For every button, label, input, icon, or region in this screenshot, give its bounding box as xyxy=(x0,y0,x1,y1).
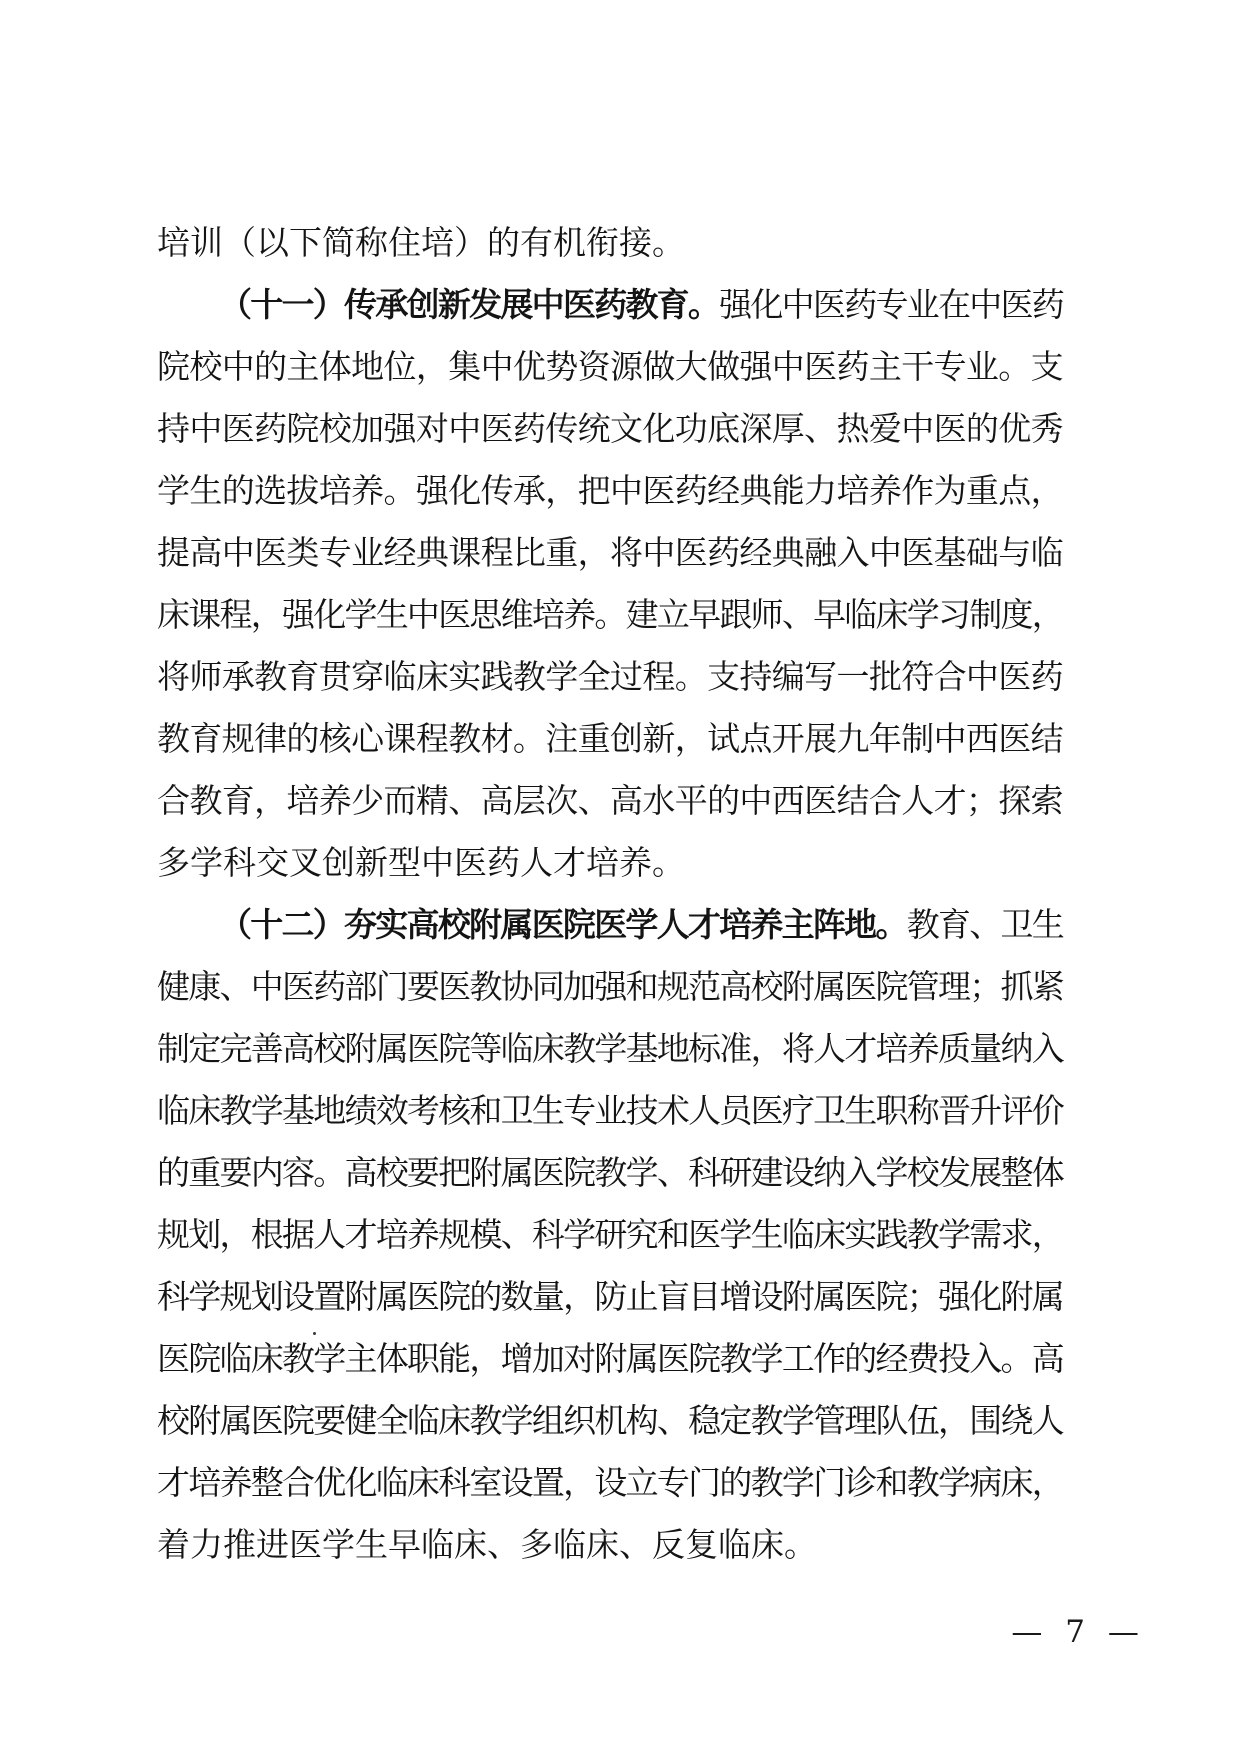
body-text-run: 学生的选拔培养。强化传承，把中医药经典能力培养作为重点， xyxy=(157,471,1063,510)
body-text-run: 强化中医药专业在中医药 xyxy=(719,285,1063,324)
page-number-footer: — 7 — xyxy=(920,1566,1139,1610)
text-line: 床课程，强化学生中医思维培养。建立早跟师、早临床学习制度， xyxy=(157,584,1063,646)
text-line: 将师承教育贯穿临床实践教学全过程。支持编写一批符合中医药 xyxy=(157,646,1063,708)
text-line: 规划，根据人才培养规模、科学研究和医学生临床实践教学需求， xyxy=(157,1204,1063,1266)
text-line: 校附属医院要健全临床教学组织机构、稳定教学管理队伍，围绕人 xyxy=(157,1390,1063,1452)
text-line-content: 才培养整合优化临床科室设置，设立专门的教学门诊和教学病床， xyxy=(157,1463,1063,1502)
text-line: 医院临床教学主体职能，增加对附属医院教学工作的经费投入。高 xyxy=(157,1328,1063,1390)
text-line: 多学科交叉创新型中医药人才培养。 xyxy=(157,832,1063,894)
text-line-content: 医院临床教学主体职能，增加对附属医院教学工作的经费投入。高 xyxy=(157,1339,1063,1378)
text-line-content: 着力推进医学生早临床、多临床、反复临床。 xyxy=(157,1525,817,1564)
text-line: 持中医药院校加强对中医药传统文化功底深厚、热爱中医的优秀 xyxy=(157,398,1063,460)
text-line-content: 多学科交叉创新型中医药人才培养。 xyxy=(157,843,685,882)
body-text-run: 提高中医类专业经典课程比重，将中医药经典融入中医基础与临 xyxy=(157,533,1063,572)
scan-speck-artifact xyxy=(313,1332,316,1335)
text-line-content: 床课程，强化学生中医思维培养。建立早跟师、早临床学习制度， xyxy=(157,595,1063,634)
text-line-content: 临床教学基地绩效考核和卫生专业技术人员医疗卫生职称晋升评价 xyxy=(157,1091,1063,1130)
text-line-content: 持中医药院校加强对中医药传统文化功底深厚、热爱中医的优秀 xyxy=(157,409,1063,448)
text-line-content: 院校中的主体地位，集中优势资源做大做强中医药主干专业。支 xyxy=(157,347,1063,386)
body-text-run: 将师承教育贯穿临床实践教学全过程。支持编写一批符合中医药 xyxy=(157,657,1063,696)
text-line-content: 制定完善高校附属医院等临床教学基地标准，将人才培养质量纳入 xyxy=(157,1029,1063,1068)
body-text-run: 医院临床教学主体职能，增加对附属医院教学工作的经费投入。高 xyxy=(157,1339,1063,1378)
text-line-content: 学生的选拔培养。强化传承，把中医药经典能力培养作为重点， xyxy=(157,471,1063,510)
text-line-content: 校附属医院要健全临床教学组织机构、稳定教学管理队伍，围绕人 xyxy=(157,1401,1063,1440)
body-text-run: 的重要内容。高校要把附属医院教学、科研建设纳入学校发展整体 xyxy=(157,1153,1063,1192)
text-line-content: 健康、中医药部门要医教协同加强和规范高校附属医院管理；抓紧 xyxy=(157,967,1063,1006)
text-line: 制定完善高校附属医院等临床教学基地标准，将人才培养质量纳入 xyxy=(157,1018,1063,1080)
body-text-run: 持中医药院校加强对中医药传统文化功底深厚、热爱中医的优秀 xyxy=(157,409,1063,448)
text-line-content: 提高中医类专业经典课程比重，将中医药经典融入中医基础与临 xyxy=(157,533,1063,572)
document-body-text: 培训（以下简称住培）的有机衔接。（十一）传承创新发展中医药教育。强化中医药专业在… xyxy=(157,212,1063,1576)
text-line-content: （十一）传承创新发展中医药教育。强化中医药专业在中医药 xyxy=(219,285,1063,324)
body-text-run: 教育、卫生 xyxy=(907,905,1063,944)
body-text-run: 合教育，培养少而精、高层次、高水平的中西医结合人才；探索 xyxy=(157,781,1063,820)
text-line: 教育规律的核心课程教材。注重创新，试点开展九年制中西医结 xyxy=(157,708,1063,770)
body-text-run: 科学规划设置附属医院的数量，防止盲目增设附属医院；强化附属 xyxy=(157,1277,1063,1316)
text-line-content: 教育规律的核心课程教材。注重创新，试点开展九年制中西医结 xyxy=(157,719,1063,758)
document-page: 培训（以下简称住培）的有机衔接。（十一）传承创新发展中医药教育。强化中医药专业在… xyxy=(0,0,1240,1754)
text-line: （十一）传承创新发展中医药教育。强化中医药专业在中医药 xyxy=(157,274,1063,336)
text-line: 临床教学基地绩效考核和卫生专业技术人员医疗卫生职称晋升评价 xyxy=(157,1080,1063,1142)
text-line: 培训（以下简称住培）的有机衔接。 xyxy=(157,212,1063,274)
text-line: 合教育，培养少而精、高层次、高水平的中西医结合人才；探索 xyxy=(157,770,1063,832)
text-line-content: 规划，根据人才培养规模、科学研究和医学生临床实践教学需求， xyxy=(157,1215,1063,1254)
body-text-run: 临床教学基地绩效考核和卫生专业技术人员医疗卫生职称晋升评价 xyxy=(157,1091,1063,1130)
text-line: 才培养整合优化临床科室设置，设立专门的教学门诊和教学病床， xyxy=(157,1452,1063,1514)
body-text-run: 健康、中医药部门要医教协同加强和规范高校附属医院管理；抓紧 xyxy=(157,967,1063,1006)
body-text-run: 床课程，强化学生中医思维培养。建立早跟师、早临床学习制度， xyxy=(157,595,1063,634)
text-line-content: 培训（以下简称住培）的有机衔接。 xyxy=(157,223,685,262)
text-line-content: 将师承教育贯穿临床实践教学全过程。支持编写一批符合中医药 xyxy=(157,657,1063,696)
body-text-run: 教育规律的核心课程教材。注重创新，试点开展九年制中西医结 xyxy=(157,719,1063,758)
text-line-content: （十二）夯实高校附属医院医学人才培养主阵地。教育、卫生 xyxy=(219,905,1063,944)
body-text-run: 规划，根据人才培养规模、科学研究和医学生临床实践教学需求， xyxy=(157,1215,1063,1254)
text-line: 的重要内容。高校要把附属医院教学、科研建设纳入学校发展整体 xyxy=(157,1142,1063,1204)
text-line: 学生的选拔培养。强化传承，把中医药经典能力培养作为重点， xyxy=(157,460,1063,522)
text-line: 院校中的主体地位，集中优势资源做大做强中医药主干专业。支 xyxy=(157,336,1063,398)
text-line: （十二）夯实高校附属医院医学人才培养主阵地。教育、卫生 xyxy=(157,894,1063,956)
clause-heading-run: （十二）夯实高校附属医院医学人才培养主阵地。 xyxy=(219,905,907,944)
body-text-run: 多学科交叉创新型中医药人才培养。 xyxy=(157,843,685,882)
text-line: 提高中医类专业经典课程比重，将中医药经典融入中医基础与临 xyxy=(157,522,1063,584)
text-line: 健康、中医药部门要医教协同加强和规范高校附属医院管理；抓紧 xyxy=(157,956,1063,1018)
body-text-run: 校附属医院要健全临床教学组织机构、稳定教学管理队伍，围绕人 xyxy=(157,1401,1063,1440)
body-text-run: 着力推进医学生早临床、多临床、反复临床。 xyxy=(157,1525,817,1564)
page-number: — 7 — xyxy=(1011,1614,1138,1650)
text-line-content: 合教育，培养少而精、高层次、高水平的中西医结合人才；探索 xyxy=(157,781,1063,820)
text-line: 科学规划设置附属医院的数量，防止盲目增设附属医院；强化附属 xyxy=(157,1266,1063,1328)
body-text-run: 培训（以下简称住培）的有机衔接。 xyxy=(157,223,685,262)
body-text-run: 制定完善高校附属医院等临床教学基地标准，将人才培养质量纳入 xyxy=(157,1029,1063,1068)
text-line-content: 的重要内容。高校要把附属医院教学、科研建设纳入学校发展整体 xyxy=(157,1153,1063,1192)
body-text-run: 院校中的主体地位，集中优势资源做大做强中医药主干专业。支 xyxy=(157,347,1063,386)
clause-heading-run: （十一）传承创新发展中医药教育。 xyxy=(219,285,719,324)
text-line-content: 科学规划设置附属医院的数量，防止盲目增设附属医院；强化附属 xyxy=(157,1277,1063,1316)
body-text-run: 才培养整合优化临床科室设置，设立专门的教学门诊和教学病床， xyxy=(157,1463,1063,1502)
